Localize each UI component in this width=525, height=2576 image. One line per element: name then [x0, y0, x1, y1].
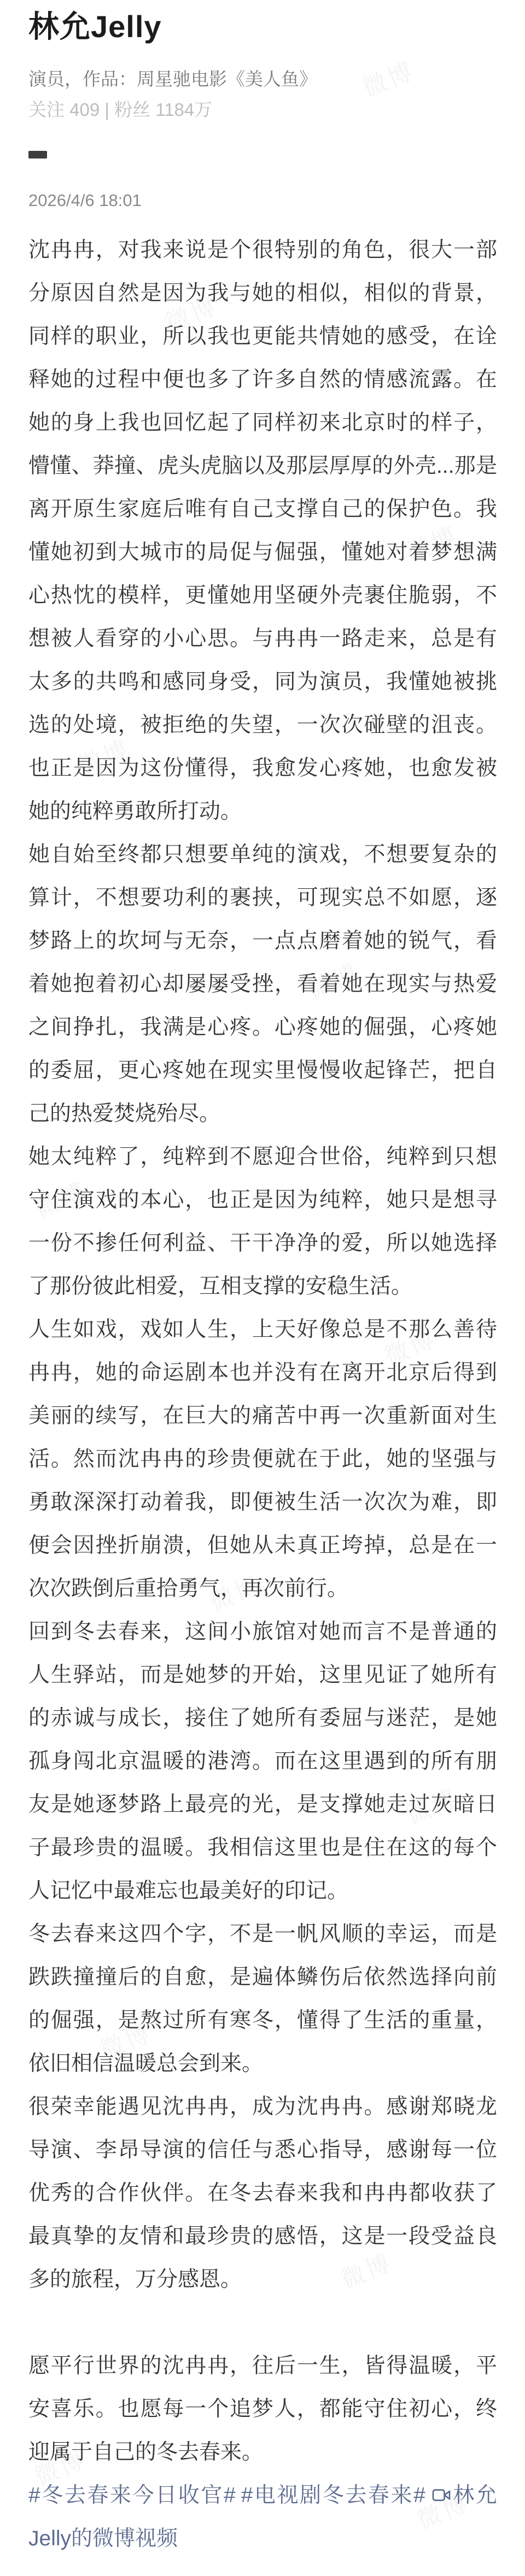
hashtag-link[interactable]: #电视剧冬去春来#	[241, 2484, 425, 2507]
post-timestamp: 2026/4/6 18:01	[28, 191, 142, 210]
post-paragraph: 很荣幸能遇见沈冉冉，成为沈冉冉。感谢郑晓龙导演、李昂导演的信任与悉心指导，感谢每…	[28, 2085, 497, 2301]
post-paragraph: 冬去春来这四个字，不是一帆风顺的幸运，而是跌跌撞撞后的自愈，是遍体鳞伤后依然选择…	[28, 1912, 497, 2085]
post-paragraph: 愿平行世界的沈冉冉，往后一生，皆得温暖，平安喜乐。也愿每一个追梦人，都能守住初心…	[28, 2344, 497, 2474]
hashtag-line: #冬去春来今日收官##电视剧冬去春来#林允Jelly的微博视频	[28, 2474, 497, 2560]
post-paragraph: 她自始至终都只想要单纯的演戏，不想要复杂的算计，不想要功利的裹挟，可现实总不如愿…	[28, 833, 497, 1135]
post-paragraph: 她太纯粹了，纯粹到不愿迎合世俗，纯粹到只想守住演戏的本心，也正是因为纯粹，她只是…	[28, 1135, 497, 1308]
profile-stats: 关注 409 | 粉丝 1184万	[28, 100, 212, 120]
paragraph-spacer	[28, 2301, 497, 2344]
hashtag-link[interactable]: #冬去春来今日收官#	[28, 2484, 236, 2507]
profile-bio: 演员，作品：周星驰电影《美人鱼》	[28, 69, 317, 89]
post-body: 沈冉冉，对我来说是个很特别的角色，很大一部分原因自然是因为我与她的相似，相似的背…	[28, 228, 497, 2560]
profile-name: 林允Jelly	[28, 10, 162, 44]
video-camera-icon	[431, 2474, 452, 2517]
collapsed-bar	[28, 151, 47, 159]
post-paragraph: 回到冬去春来，这间小旅馆对她而言不是普通的人生驿站，而是她梦的开始，这里见证了她…	[28, 1610, 497, 1912]
post-paragraph: 人生如戏，戏如人生，上天好像总是不那么善待冉冉，她的命运剧本也并没有在离开北京后…	[28, 1308, 497, 1610]
weibo-watermark: 微博	[357, 51, 419, 104]
weibo-post-page: 微博 微博 微博 微博 微博 微博 微博 微博 微博 微博 微博 微博 微博 林…	[0, 0, 525, 2576]
post-paragraph: 沈冉冉，对我来说是个很特别的角色，很大一部分原因自然是因为我与她的相似，相似的背…	[28, 228, 497, 833]
